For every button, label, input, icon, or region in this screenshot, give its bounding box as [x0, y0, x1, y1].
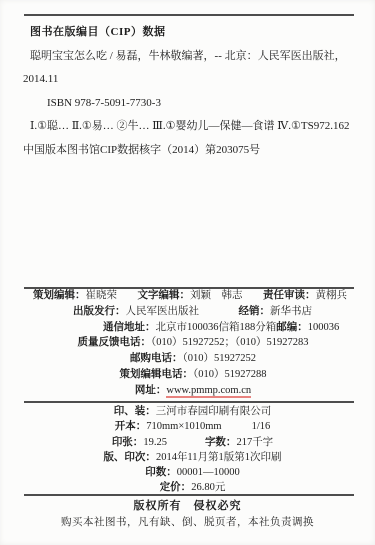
publisher-section: 策划编辑：崔晓荣 文字编辑：刘颖 韩志 责任审读：黄栩兵 出版发行：人民军医出版…: [33, 288, 347, 399]
publisher-label: 出版发行：: [73, 306, 126, 317]
planning-editor-phone-label: 策划编辑电话：: [120, 369, 194, 380]
planning-editor-phone-value: （010）51927288: [193, 369, 267, 380]
edition-value: 2014年11月第1版第1次印刷: [156, 452, 282, 463]
cip-section: 图书在版编目（CIP）数据 聪明宝宝怎么吃 / 易磊，牛林敬编著，-- 北京：人…: [23, 21, 361, 162]
mailing-address-label: 通信地址：: [103, 322, 156, 333]
format-value: 710mm×1010mm: [146, 421, 221, 432]
cip-record-line: 中国版本图书馆CIP数据核字（2014）第203075号: [23, 139, 361, 163]
mail-order-phone-row: 邮购电话：（010）51927252: [33, 351, 347, 367]
printer-value: 三河市春园印刷有限公司: [156, 406, 272, 417]
cip-classification-line: Ⅰ.①聪… Ⅱ.①易… ②牛… Ⅲ.①婴幼儿—保健—食谱 Ⅳ.①TS972.16…: [23, 115, 361, 139]
printer-row: 印、装：三河市春园印刷有限公司: [10, 404, 375, 419]
postcode-label: 邮编：: [276, 322, 308, 333]
sheets-row: 印张：19.25字数：217千字: [10, 435, 375, 450]
cip-year-line: 2014.11: [23, 68, 361, 92]
distributor-label: 经销：: [239, 306, 271, 317]
wordcount-value: 217千字: [236, 437, 273, 448]
format-fraction: 1/16: [252, 421, 271, 432]
print-run-label: 印数：: [145, 467, 177, 478]
printer-label: 印、装：: [114, 406, 156, 417]
wordcount-label: 字数：: [205, 437, 237, 448]
website-label: 网址：: [135, 385, 167, 396]
distributor: 经销：新华书店: [239, 304, 313, 320]
copyright-page: 图书在版编目（CIP）数据 聪明宝宝怎么吃 / 易磊，牛林敬编著，-- 北京：人…: [0, 0, 375, 545]
editors-row: 策划编辑：崔晓荣 文字编辑：刘颖 韩志 责任审读：黄栩兵: [33, 288, 347, 304]
feedback-phone-row: 质量反馈电话：（010）51927252；（010）51927283: [33, 335, 347, 351]
responsible-reviewer-value: 黄栩兵: [316, 290, 348, 301]
planning-editor: 策划编辑：崔晓荣: [33, 288, 117, 304]
website-url: www.pmmp.com.cn: [166, 385, 251, 398]
print-section: 印、装：三河市春园印刷有限公司 开本：710mm×1010mm1/16 印张：1…: [0, 404, 375, 496]
feedback-phone-value: （010）51927252；（010）51927283: [151, 337, 309, 348]
cip-heading: 图书在版编目（CIP）数据: [23, 21, 361, 45]
exchange-policy: 购买本社图书，凡有缺、倒、脱页者，本社负责调换: [0, 515, 375, 530]
responsible-reviewer-label: 责任审读：: [263, 290, 316, 301]
planning-editor-label: 策划编辑：: [33, 290, 86, 301]
postcode-value: 100036: [308, 322, 340, 333]
price-value: 26.80元: [191, 482, 225, 493]
sheets-value: 19.25: [143, 437, 167, 448]
print-run-value: 00001—10000: [177, 467, 240, 478]
feedback-phone-label: 质量反馈电话：: [78, 337, 152, 348]
price-label: 定价：: [160, 482, 192, 493]
cip-title-line: 聪明宝宝怎么吃 / 易磊，牛林敬编著，-- 北京：人民军医出版社，: [23, 45, 361, 69]
website-row: 网址：www.pmmp.com.cn: [33, 383, 347, 399]
responsible-reviewer: 责任审读：黄栩兵: [263, 288, 347, 304]
edition-label: 版、印次：: [103, 452, 156, 463]
text-editor: 文字编辑：刘颖 韩志: [138, 288, 243, 304]
print-run-row: 印数：00001—10000: [10, 465, 375, 480]
top-rule: [24, 14, 354, 16]
text-editor-value: 刘颖 韩志: [190, 290, 243, 301]
mail-order-phone-value: （010）51927252: [183, 353, 257, 364]
sheets-label: 印张：: [112, 437, 144, 448]
distributor-value: 新华书店: [270, 306, 312, 317]
mailing-address: 通信地址：北京市100036信箱188分箱: [103, 320, 276, 336]
planning-editor-phone-row: 策划编辑电话：（010）51927288: [33, 367, 347, 383]
format-row: 开本：710mm×1010mm1/16: [10, 419, 375, 434]
copyright-notice: 版权所有 侵权必究: [0, 499, 375, 514]
planning-editor-value: 崔晓荣: [86, 290, 118, 301]
cip-isbn-line: ISBN 978-7-5091-7730-3: [23, 92, 361, 116]
edition-row: 版、印次：2014年11月第1版第1次印刷: [10, 450, 375, 465]
postcode: 邮编：100036: [276, 320, 339, 336]
publisher-value: 人民军医出版社: [126, 306, 200, 317]
copyright-section: 版权所有 侵权必究 购买本社图书，凡有缺、倒、脱页者，本社负责调换: [0, 499, 375, 530]
format-label: 开本：: [115, 421, 147, 432]
divider-rule-3: [24, 494, 354, 496]
mail-order-phone-label: 邮购电话：: [130, 353, 183, 364]
divider-rule-2: [24, 401, 354, 403]
address-row: 通信地址：北京市100036信箱188分箱 邮编：100036: [33, 320, 347, 336]
mailing-address-value: 北京市100036信箱188分箱: [156, 322, 277, 333]
text-editor-label: 文字编辑：: [138, 290, 191, 301]
publishing-row: 出版发行：人民军医出版社 经销：新华书店: [33, 304, 347, 320]
publisher: 出版发行：人民军医出版社: [73, 304, 199, 320]
